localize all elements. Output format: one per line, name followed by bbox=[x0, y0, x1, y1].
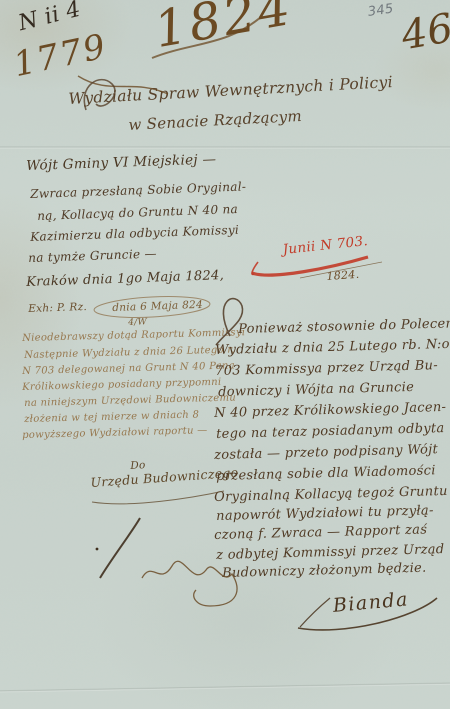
red-filing-note: Junii N 703. bbox=[282, 233, 369, 258]
main-text-line: tego na teraz posiadanym odbyta bbox=[216, 421, 445, 442]
main-text-line: downiczy i Wójta na Gruncie bbox=[218, 380, 414, 400]
exhibit-initials: 4/W bbox=[128, 317, 147, 328]
main-text-line: czoną f. Zwraca — Rapport zaś bbox=[214, 522, 427, 543]
year-annotation-1824: 1824 bbox=[150, 0, 297, 59]
registrar-note-line: na niniejszym Urzędowi Budowniczemu bbox=[24, 392, 236, 409]
registry-number-top: N ii 4 bbox=[16, 0, 83, 36]
fold-crease-top bbox=[0, 146, 450, 149]
body-line: Kazimierzu dla odbycia Komissyi bbox=[30, 223, 239, 244]
pencil-page-number: 345 bbox=[367, 1, 395, 19]
red-flourish-hook bbox=[252, 262, 258, 274]
author-signature: Bianda bbox=[332, 588, 410, 617]
main-text-line: Oryginalną Kollacyą tegoż Gruntu bbox=[214, 484, 448, 505]
registrar-note-line: Królikowskiego posiadany przypomni bbox=[22, 377, 222, 393]
forward-label: Do bbox=[130, 459, 146, 472]
body-line: Zwraca przesłaną Sobie Oryginal- bbox=[30, 179, 246, 201]
forward-underline-flourish bbox=[92, 491, 224, 504]
registrar-note-line: złożenia w tej mierze w dniach 8 bbox=[24, 409, 199, 425]
red-filing-note-year: 1824. bbox=[326, 268, 360, 283]
body-line: na tymże Gruncie — bbox=[28, 247, 157, 265]
exhibit-label: Exh: P. Rz. bbox=[28, 301, 87, 315]
registrar-note-line: Nieodebrawszy dotąd Raportu Kommissyi bbox=[22, 327, 245, 344]
dateline: Kraków dnia 1go Maja 1824, bbox=[26, 268, 224, 290]
header-senate-line: w Senacie Rządzącym bbox=[128, 107, 302, 134]
main-text-line: Ponieważ stosownie do Polecenia bbox=[238, 316, 450, 337]
manuscript-page: N ii 4 1779 1824 345 46 Wydziału Spraw W… bbox=[0, 0, 450, 709]
header-department-line: Wydziału Spraw Wewnętrznych i Policyi bbox=[68, 73, 393, 108]
main-text-line: z odbytej Kommissyi przez Urząd bbox=[216, 542, 445, 563]
paraph-slash bbox=[100, 518, 140, 578]
main-text-line: Wydziału z dnia 25 Lutego rb. N:o bbox=[215, 337, 450, 358]
body-line: ną, Kollacyą do Gruntu N 40 na bbox=[37, 202, 238, 223]
main-text-line: N 40 przez Królikowskiego Jacen- bbox=[214, 400, 446, 421]
registrar-note-line: Następnie Wydziału z dnia 26 Lutego r. bbox=[24, 344, 235, 361]
exhibit-date: dnia 6 Maja 824 bbox=[112, 299, 203, 314]
paraph-dot bbox=[96, 548, 99, 551]
main-text-line: 703 Kommissya przez Urząd Bu- bbox=[215, 358, 438, 379]
registrar-note-line: N 703 delegowanej na Grunt N 40 Pana bbox=[22, 360, 235, 377]
addressee-line: Wójt Gminy VI Miejskiej — bbox=[26, 151, 217, 174]
main-text-line: napowrót Wydziałowi tu przyłą- bbox=[216, 503, 434, 524]
signature-leadin bbox=[300, 598, 330, 627]
main-text-line: przesłaną sobie dla Wiadomości bbox=[216, 463, 436, 484]
folio-number: 46 bbox=[398, 5, 450, 59]
main-text-line: Budowniczy złożonym będzie. bbox=[222, 561, 427, 581]
fold-crease-bottom bbox=[0, 682, 450, 693]
registrar-note-line: powyższego Wydziałowi raportu — bbox=[22, 425, 208, 441]
main-text-line: została — przeto podpisany Wójt bbox=[214, 442, 438, 463]
